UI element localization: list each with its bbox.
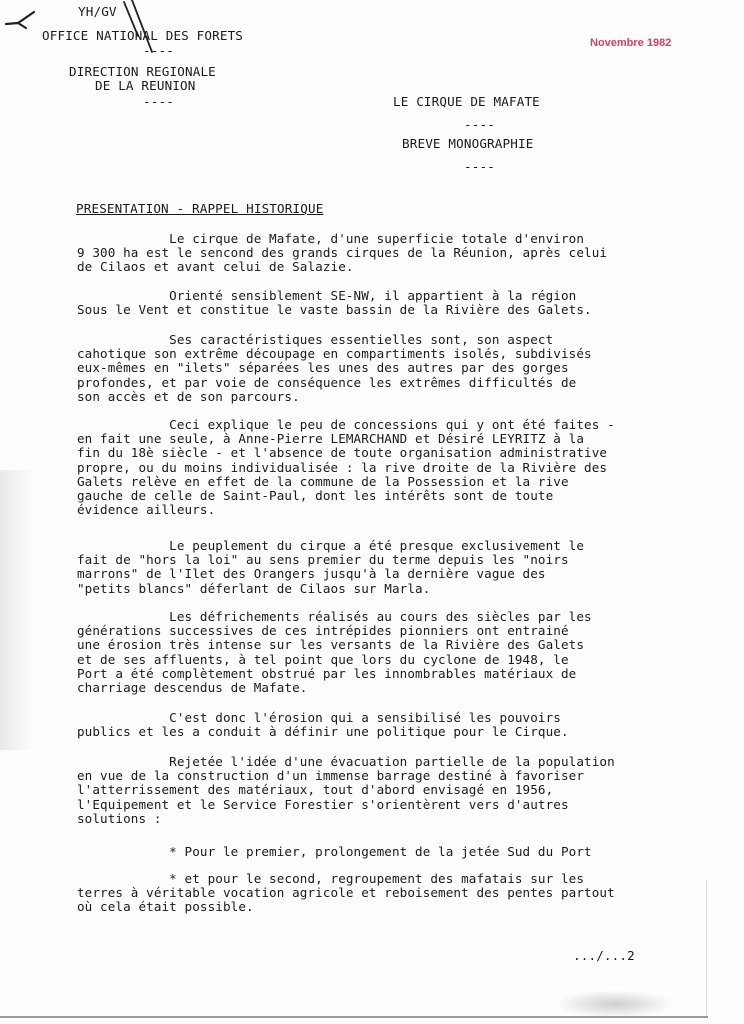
paragraph: Les défrichements réalisés au cours des … [77,610,717,695]
document-title: LE CIRQUE DE MAFATE [393,94,540,110]
paragraph: Orienté sensiblement SE-NW, il appartien… [77,289,717,317]
separator: ---- [143,43,174,59]
section-heading: PRESENTATION - RAPPEL HISTORIQUE [76,201,323,217]
paragraph: Rejetée l'idée d'une évacuation partiell… [77,755,717,826]
document-subtitle: BREVE MONOGRAPHIE [402,136,533,152]
separator: ---- [143,94,174,110]
page-continuation: .../...2 [573,948,635,964]
page-edge-bottom [0,1016,708,1018]
scan-tear-bottom [555,990,675,1018]
organization-name: OFFICE NATIONAL DES FORETS [42,28,243,44]
document-page: YH/GV OFFICE NATIONAL DES FORETS ---- DI… [0,0,744,1024]
bullet-item: * Pour le premier, prolongement de la je… [77,845,717,859]
document-date: Novembre 1982 [590,37,671,49]
paragraph: Ceci explique le peu de concessions qui … [77,418,717,517]
paragraph: Le peuplement du cirque a été presque ex… [77,539,717,596]
bullet-item: * et pour le second, regroupement des ma… [77,872,717,915]
separator: ---- [464,159,495,175]
separator: ---- [464,117,495,133]
pen-mark-icon [4,8,38,30]
paragraph: Le cirque de Mafate, d'une superficie to… [77,232,717,275]
paragraph: C'est donc l'érosion qui a sensibilisé l… [77,711,717,739]
scan-shadow-left [0,470,34,750]
direction-line-2: DE LA REUNION [95,78,196,94]
reference-code: YH/GV [78,4,117,20]
paragraph: Ses caractéristiques essentielles sont, … [77,333,717,404]
